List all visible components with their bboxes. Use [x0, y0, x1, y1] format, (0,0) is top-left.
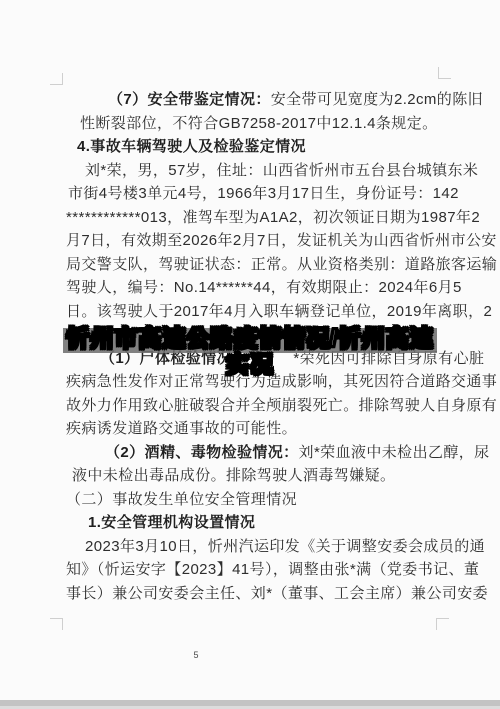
- doc-heading: 4.事故车辆驾驶人及检验鉴定情况: [66, 135, 438, 159]
- crop-mark-bottom-right: [436, 618, 449, 630]
- doc-line: 2023年3月10日，忻州汽运印发《关于调整安委会成员的通: [66, 535, 438, 559]
- line-bold-label: （2）酒精、毒物检验情况：: [105, 444, 299, 461]
- line-bold-label: （7）安全带鉴定情况：: [108, 91, 271, 108]
- doc-line: （2）酒精、毒物检验情况：刘*荣血液中未检出乙醇，尿: [66, 441, 438, 465]
- doc-line: 刘*荣，男，57岁，住址：山西省忻州市五台县台城镇东米: [66, 159, 438, 183]
- doc-line: 局交警支队，驾驶证状态：正常。从业资格类别：道路旅客运输: [66, 253, 438, 277]
- crop-mark-top-right: [438, 67, 451, 79]
- caption-title-line1: 忻州市高速公路疫情情况/忻州高速: [0, 326, 500, 351]
- crop-mark-bottom-left: [50, 618, 63, 630]
- doc-line: 驾驶人，编号：No.14******44，有效期限止：2024年6月5: [66, 276, 438, 300]
- doc-heading: 1.安全管理机构设置情况: [66, 511, 438, 535]
- document-page: （7）安全带鉴定情况：安全带可见宽度为2.2cm的陈旧 性断裂部位，不符合GB7…: [0, 0, 500, 709]
- doc-line: 月7日，有效期至2026年2月7日，发证机关为山西省忻州市公安: [66, 229, 438, 253]
- doc-line: （7）安全带鉴定情况：安全带可见宽度为2.2cm的陈旧: [66, 88, 438, 112]
- doc-line: 市街4号楼3单元4号，1966年3月17日生，身份证号：142: [66, 182, 438, 206]
- doc-subheading: （二）事故发生单位安全管理情况: [66, 488, 438, 512]
- doc-line: ************013，准驾车型为A1A2，初次领证日期为1987年2: [66, 206, 438, 230]
- doc-line: 性断裂部位，不符合GB7258-2017中12.1.4条规定。: [66, 112, 438, 136]
- doc-line: 日。该驾驶人于2017年4月入职车辆登记单位，2019年离职，2: [66, 300, 438, 324]
- doc-line: 事长）兼公司安委会主任、刘*（董事、工会主席）兼公司安委: [66, 582, 438, 606]
- doc-line: 液中未检出毒品成份。排除驾驶人酒毒驾嫌疑。: [66, 464, 438, 488]
- doc-line: 疾病诱发道路交通事故的可能性。: [66, 417, 438, 441]
- crop-mark-top-left: [50, 73, 63, 85]
- caption-title: 忻州市高速公路疫情情况/忻州高速 实况: [0, 326, 500, 377]
- page-number: 5: [188, 650, 204, 660]
- doc-line: 故外力作用致心脏破裂合并全颅崩裂死亡。排除驾驶人自身原有: [66, 394, 438, 418]
- caption-title-line2: 实况: [0, 352, 500, 377]
- doc-line: 知》（忻运安字【2023】41号），调整由张*满（党委书记、董: [66, 558, 438, 582]
